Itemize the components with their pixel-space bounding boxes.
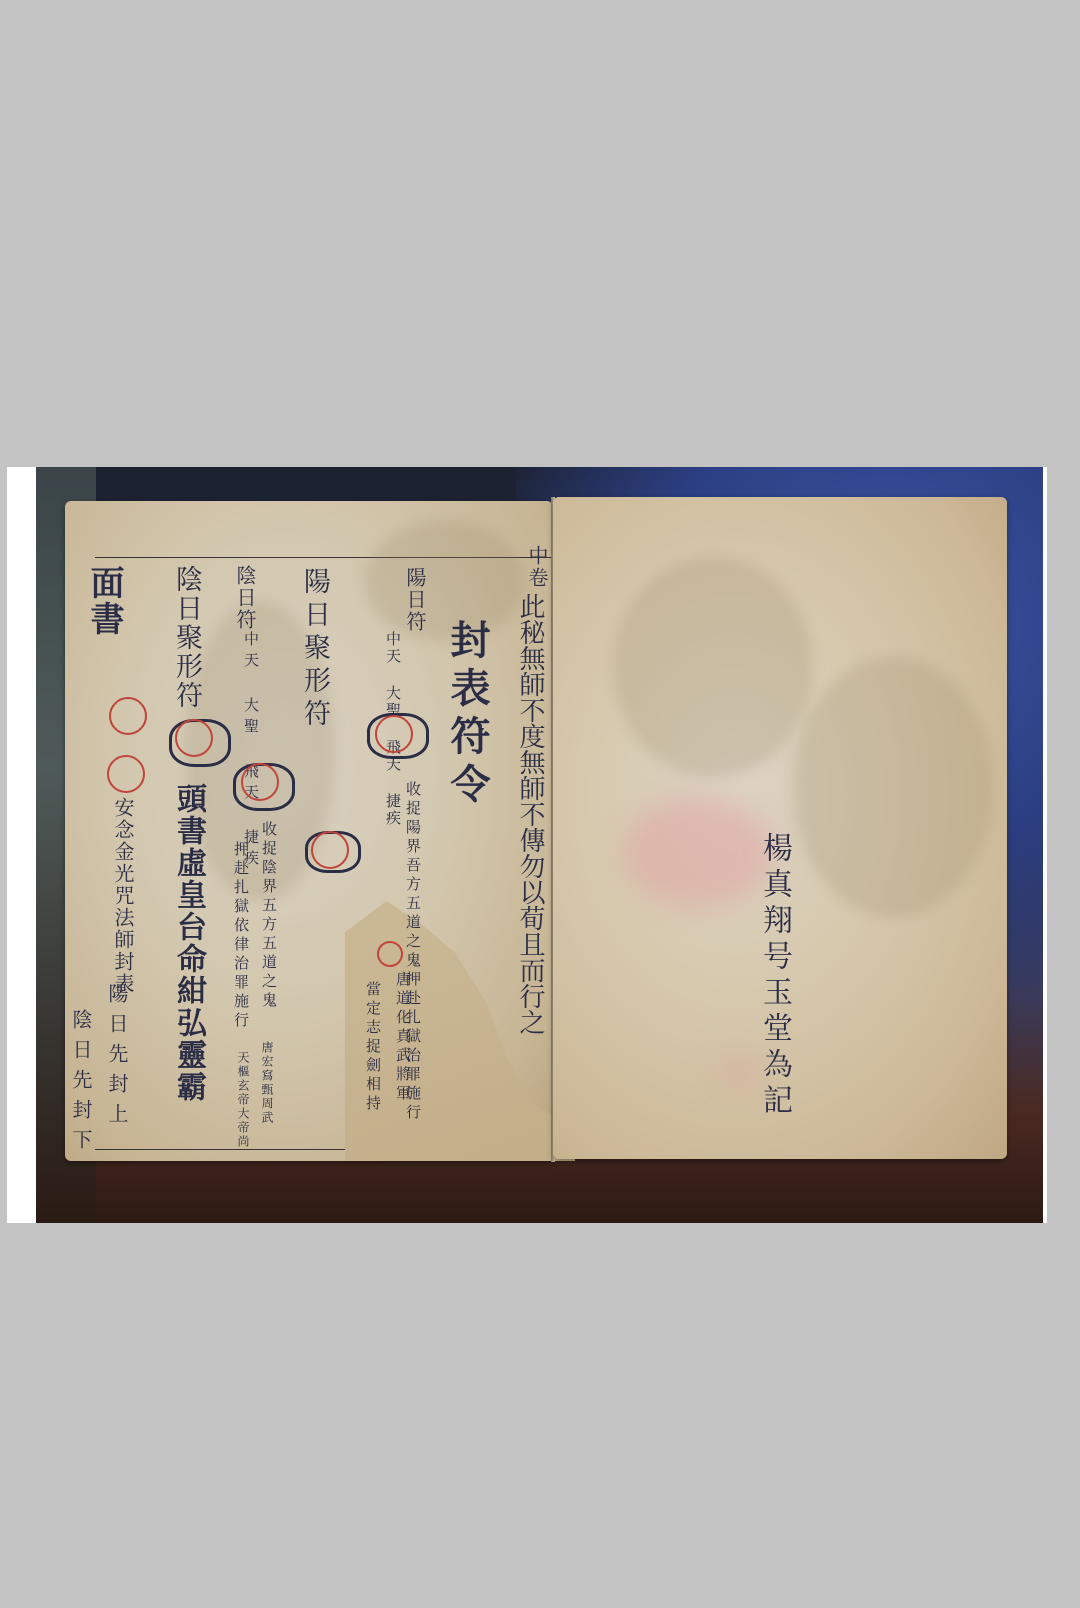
column-text: 中天 大聖 飛天 捷疾 <box>243 631 258 871</box>
column-text: 面書 <box>87 565 121 637</box>
column-text: 此秘無師不度無師不傳勿以荀且而行之 <box>517 593 543 1035</box>
red-seal-circle <box>377 941 403 967</box>
column-text: 陽日聚形符 <box>301 567 328 732</box>
section-title: 封表符令 <box>447 619 487 811</box>
water-stain <box>793 657 993 917</box>
column-text: 頭書虛皇台命紺弘靈霸 <box>173 783 203 1103</box>
red-seal-circle <box>311 831 349 869</box>
column-text: 陽日先封上 <box>107 983 127 1133</box>
left-page: 中卷 此秘無師不度無師不傳勿以荀且而行之 封表符令 陽日符 中天 大聖 飛天 捷… <box>65 501 553 1161</box>
column-text: 陰日先封下 <box>71 1009 91 1159</box>
column-text: 唐道化真武將軍 <box>395 971 410 1104</box>
water-stain <box>613 557 813 777</box>
pink-stain <box>723 1057 753 1087</box>
right-page: 楊真翔号玉堂為記 <box>553 497 1007 1159</box>
column-text: 陰日符 <box>235 565 255 631</box>
column-text: 押赴扎獄依律治罪施行 <box>233 841 248 1031</box>
column-text: 天樞玄帝大帝尚 <box>237 1051 249 1149</box>
column-text: 安念金光咒法師封表 <box>113 797 133 995</box>
red-seal-circle <box>375 715 413 753</box>
manuscript-photo: 中卷 此秘無師不度無師不傳勿以荀且而行之 封表符令 陽日符 中天 大聖 飛天 捷… <box>36 467 1043 1223</box>
owner-inscription: 楊真翔号玉堂為記 <box>759 832 789 1120</box>
column-text: 唐宏寫甄周武 <box>261 1041 273 1125</box>
red-seal-circle <box>241 763 279 801</box>
column-text: 當定志捉劍相持 <box>365 981 380 1114</box>
volume-label: 中卷 <box>527 545 547 589</box>
column-text: 陰日聚形符 <box>173 565 200 710</box>
red-seal-circle <box>107 755 145 793</box>
red-seal-circle <box>109 697 147 735</box>
pink-stain <box>623 797 773 907</box>
column-text: 陽日符 <box>377 567 425 627</box>
column-text: 收捉陰界五方五道之鬼 <box>261 821 276 1011</box>
red-seal-circle <box>175 719 213 757</box>
